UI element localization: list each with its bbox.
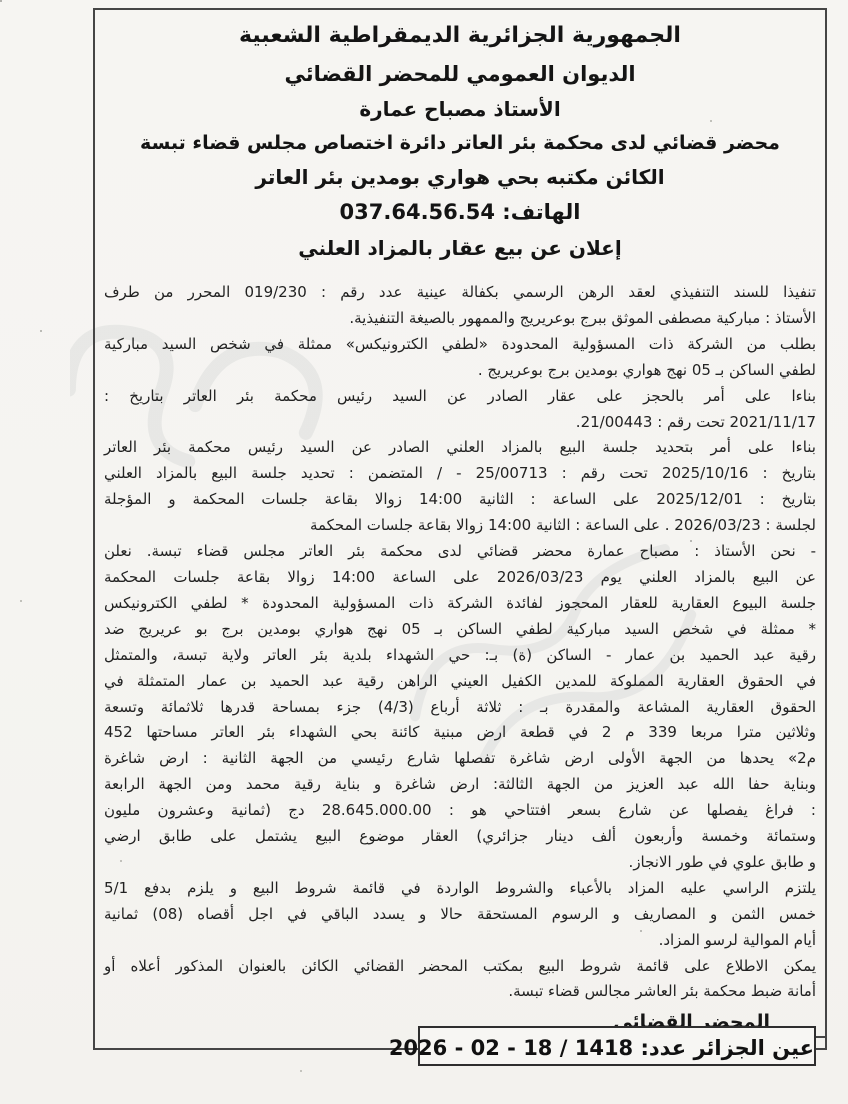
body-line: لطفي الساكن بـ 05 نهج هواري بومدين برج ب… [104, 358, 816, 384]
notice-header: الجمهورية الجزائرية الديمقراطية الشعبية … [95, 10, 825, 266]
publication-ref-box: عين الجزائر عدد: 1418 / 18 - 02 - 2026 [418, 1026, 816, 1066]
jurisdiction-line: محضر قضائي لدى محكمة بئر العاتر دائرة اخ… [95, 126, 825, 160]
office-title: الديوان العمومي للمحضر القضائي [95, 56, 825, 92]
body-line: م2» يحدها من الجهة الأولى ارض شاغرة تفصل… [104, 746, 816, 772]
body-line: بناءا على أمر بتحديد جلسة البيع بالمزاد … [104, 435, 816, 461]
body-line: لجلسة : 2026/03/23 . على الساعة : الثاني… [104, 513, 816, 539]
body-line: وستمائة وخمسة وأربعون ألف دينار جزائري) … [104, 824, 816, 850]
body-line: أمانة ضبط محكمة بئر العاشر مجالس قضاء تب… [104, 979, 816, 1005]
body-line: : فراغ يفصلها عن شارع بسعر افتتاحي هو : … [104, 798, 816, 824]
body-line: الأستاذ : مباركية مصطفى الموثق ببرج بوعر… [104, 306, 816, 332]
notice-body: تنفيذا للسند التنفيذي لعقد الرهن الرسمي … [104, 280, 816, 1005]
body-line: بتاريخ : 2025/10/16 تحت رقم : 25/00713 -… [104, 461, 816, 487]
body-line: وثلاثين مترا مربعا 339 م 2 في قطعة ارض م… [104, 720, 816, 746]
body-line: - نحن الأستاذ : مصباح عمارة محضر قضائي ل… [104, 539, 816, 565]
notice-title: إعلان عن بيع عقار بالمزاد العلني [95, 230, 825, 266]
bailiff-name: الأستاذ مصباح عمارة [95, 92, 825, 126]
body-line: أيام الموالية لرسو المزاد. [104, 928, 816, 954]
republic-title: الجمهورية الجزائرية الديمقراطية الشعبية [95, 16, 825, 56]
body-line: و طابق علوي في طور الانجاز. [104, 850, 816, 876]
body-line: يمكن الاطلاع على قائمة شروط البيع بمكتب … [104, 954, 816, 980]
body-line: الحقوق العقارية المشاعة والمقدرة بـ : ثل… [104, 695, 816, 721]
body-line: خمس الثمن و المصاريف و الرسوم المستحقة ح… [104, 902, 816, 928]
scan-noise [0, 0, 2, 2]
body-line: جلسة البيوع العقارية للعقار المحجوز لفائ… [104, 591, 816, 617]
body-line: يلتزم الراسي عليه المزاد بالأعباء والشرو… [104, 876, 816, 902]
body-line: بطلب من الشركة ذات المسؤولية المحدودة «ل… [104, 332, 816, 358]
body-line: بتاريخ : 2025/12/01 على الساعة : الثانية… [104, 487, 816, 513]
scanned-notice-page: الجمهورية الجزائرية الديمقراطية الشعبية … [0, 0, 848, 1104]
office-address: الكائن مكتبه بحي هواري بومدين بئر العاتر [95, 160, 825, 195]
body-line: رقية عبد الحميد بن عمار - الساكن (ة) بـ:… [104, 643, 816, 669]
body-line: وبناية حفا الله عبد العزيز من الجهة الثا… [104, 772, 816, 798]
body-line: * ممثلة في شخص السيد مباركية لطفي الساكن… [104, 617, 816, 643]
phone-line: الهاتف: 037.64.56.54 [95, 195, 825, 230]
body-line: تنفيذا للسند التنفيذي لعقد الرهن الرسمي … [104, 280, 816, 306]
body-line: عن البيع بالمزاد العلني يوم 2026/03/23 ع… [104, 565, 816, 591]
body-line: في الحقوق العقارية المملوكة للمدين الكفي… [104, 669, 816, 695]
body-line: بناءا على أمر بالحجز على عقار الصادر عن … [104, 384, 816, 410]
notice-frame: الجمهورية الجزائرية الديمقراطية الشعبية … [93, 8, 827, 1050]
body-line: 2021/11/17 تحت رقم : 21/00443. [104, 410, 816, 436]
